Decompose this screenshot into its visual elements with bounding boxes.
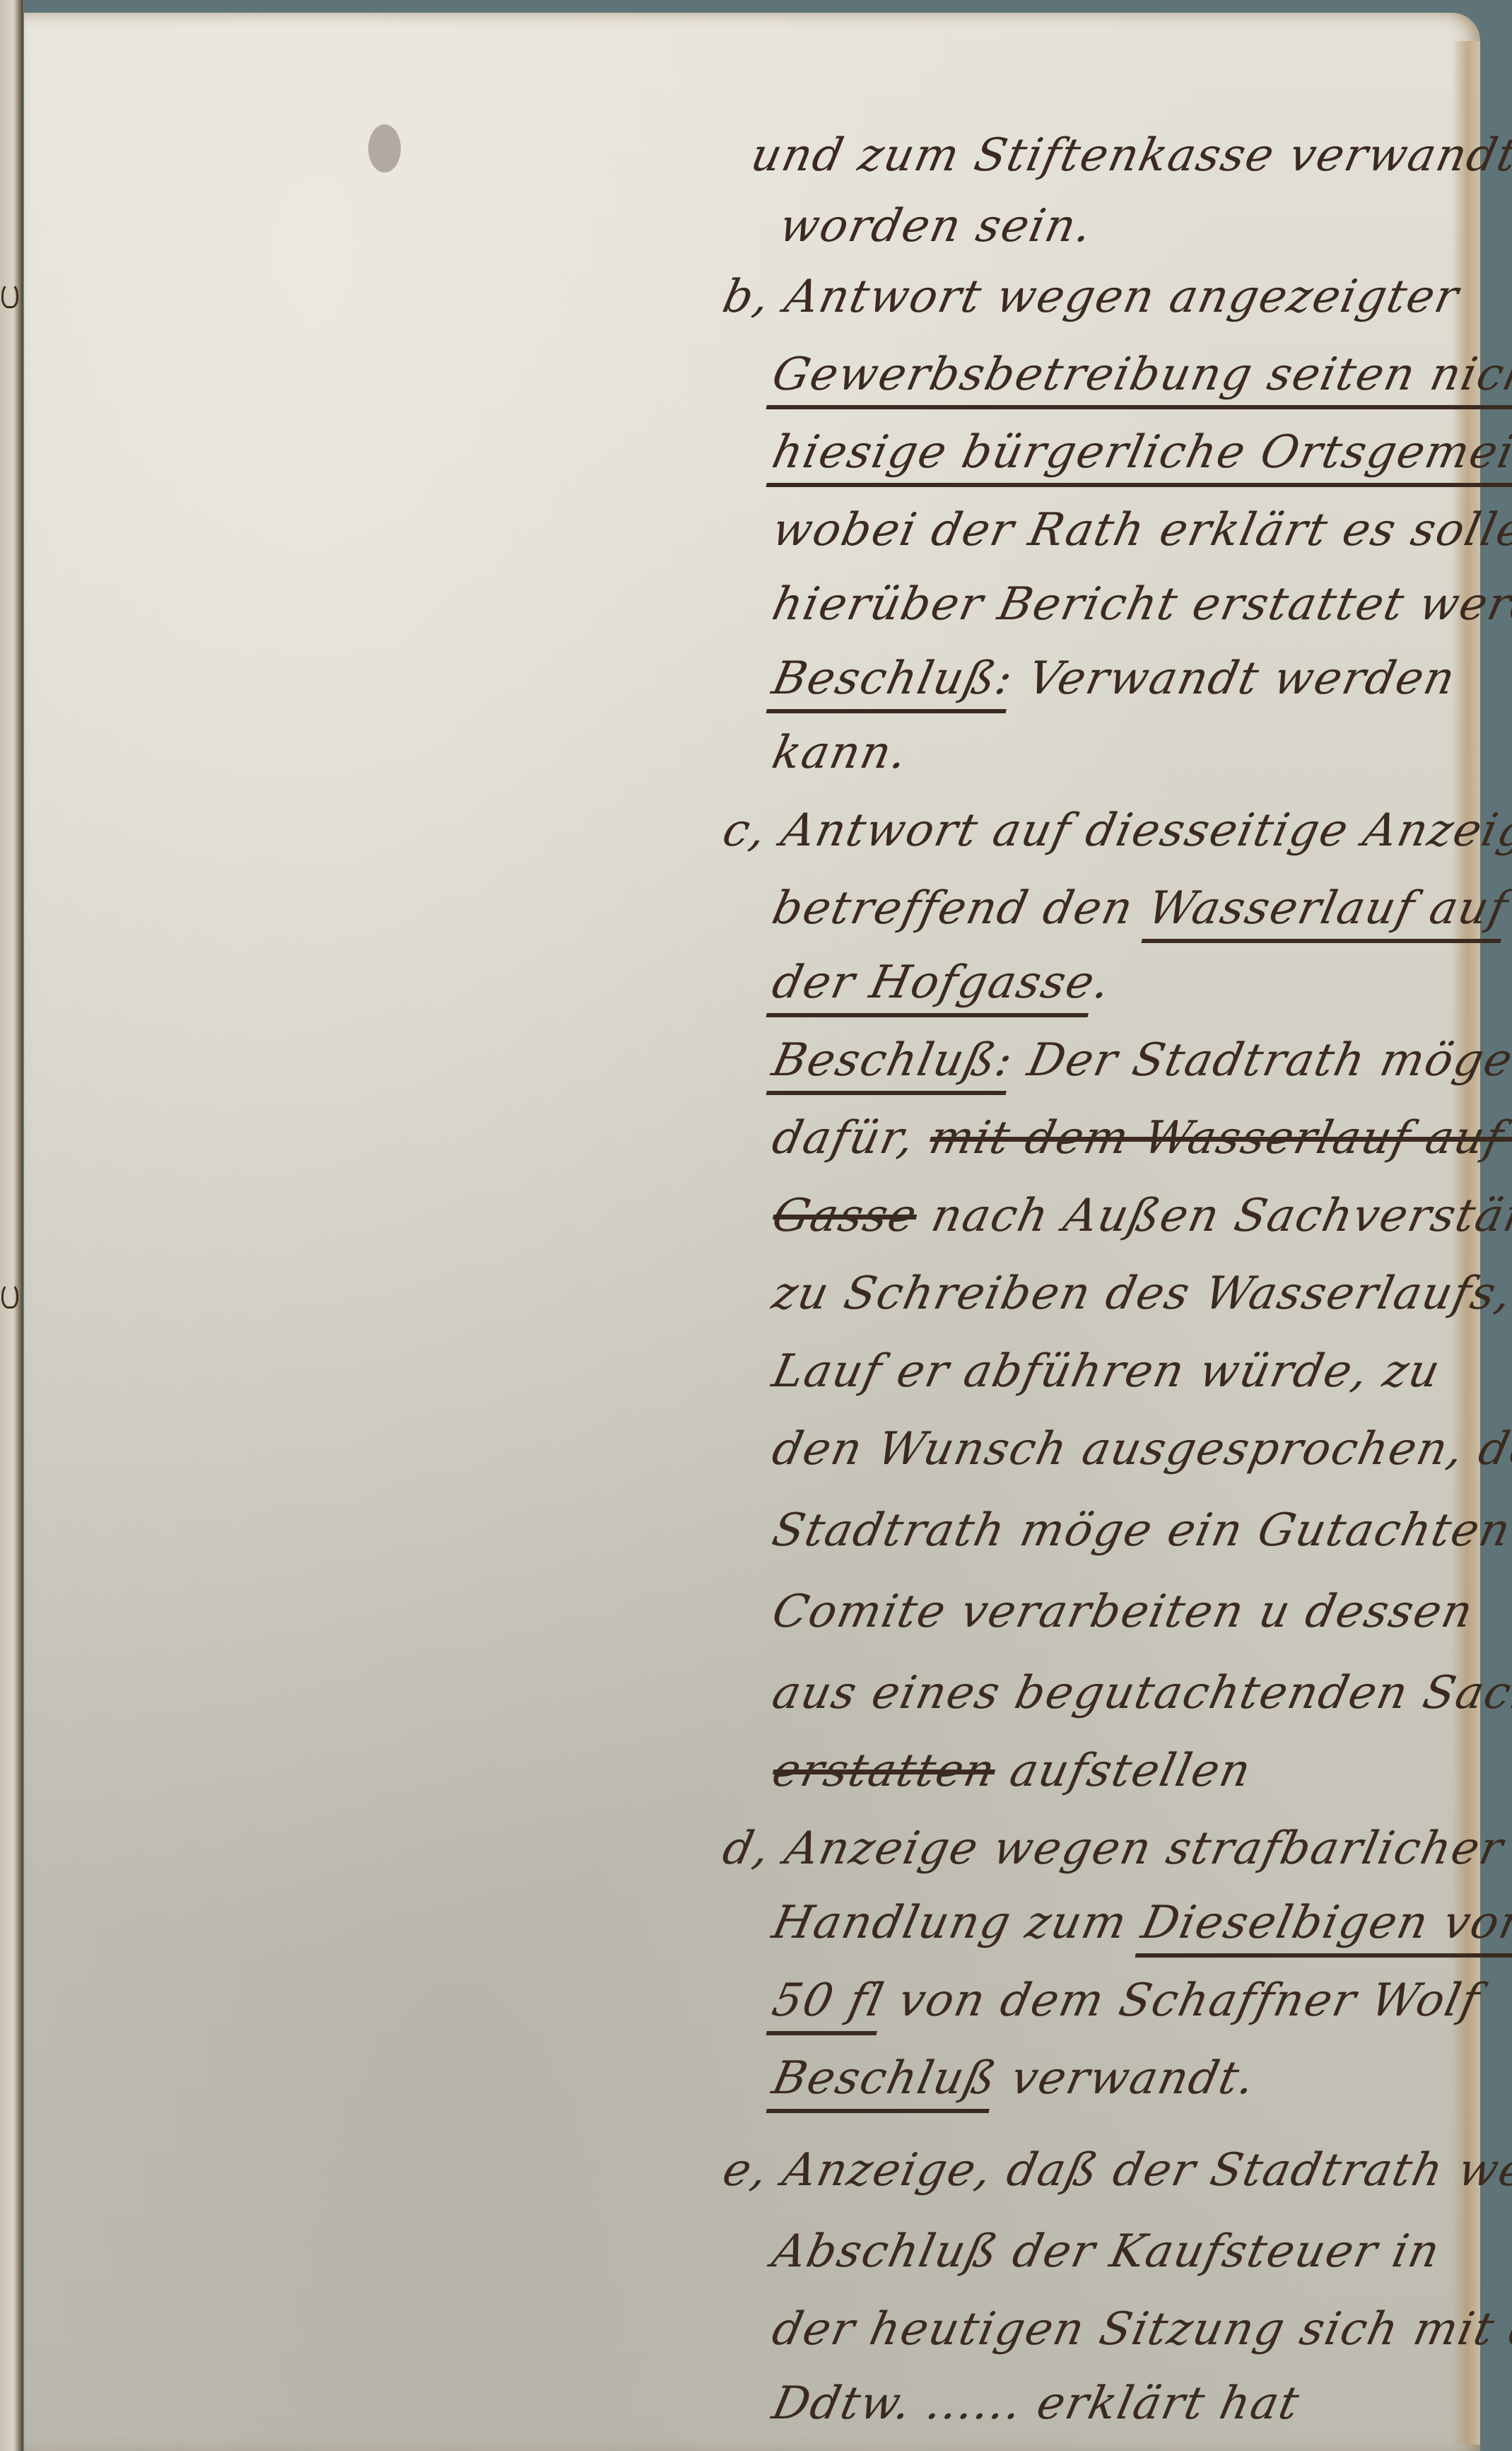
manuscript-page: und zum Stiftenkasse verwandt worden sei… (24, 13, 1480, 2451)
manuscript-line: Gewerbsbetreibung seiten nicht (768, 352, 1512, 397)
manuscript-line: hierüber Bericht erstattet werden (768, 582, 1512, 627)
line-text: hierüber Bericht erstattet werden (768, 578, 1512, 631)
manuscript-line: Stadtrath möge ein Gutachten (768, 1508, 1512, 1553)
manuscript-line: e, Anzeige, daß der Stadtrath wegen (719, 2148, 1512, 2193)
line-text: dafür, (768, 1112, 920, 1164)
manuscript-line: Ddtw. ...... erklärt hat (768, 2381, 1304, 2426)
line-text: wobei der Rath erklärt es solle (768, 504, 1512, 556)
struck-text: erstatten (768, 1745, 1000, 1797)
manuscript-line: aus eines begutachtenden Sachverständige… (768, 1671, 1512, 1716)
item-label: e, (718, 2144, 773, 2196)
line-text: Anzeige, daß der Stadtrath wegen (778, 2144, 1512, 2196)
struck-text: mit dem Wasserlauf auf der (925, 1112, 1512, 1164)
manuscript-line: der Hofgasse. (768, 960, 1115, 1005)
line-text: Abschluß der Kaufsteuer in (768, 2225, 1445, 2278)
line-text: Handlung zum (768, 1897, 1132, 1949)
underlined-text: Gewerbsbetreibung seiten nicht (766, 349, 1512, 409)
manuscript-line: worden sein. (775, 204, 1097, 249)
line-text: betreffend den (768, 882, 1139, 935)
line-text: Verwandt werden (1023, 653, 1460, 705)
manuscript-line: Lauf er abführen würde, zu (768, 1349, 1445, 1394)
manuscript-line: erstatten aufstellen (768, 1748, 1255, 1794)
line-text: nach Außen Sachverständige (927, 1190, 1512, 1242)
manuscript-line: Abschluß der Kaufsteuer in (768, 2229, 1444, 2274)
manuscript-line: den Wunsch ausgesprochen, der (768, 1427, 1512, 1472)
underlined-text: Wasserlauf auf (1142, 882, 1512, 943)
underlined-text: Dieselbigen von (1135, 1897, 1512, 1958)
line-text: Antwort wegen angezeigter (780, 271, 1464, 323)
line-text: Der Stadtrath möge sich (1023, 1034, 1512, 1087)
manuscript-line: der heutigen Sitzung sich mit dem (768, 2307, 1512, 2352)
line-text: von dem Schaffner Wolf (893, 1975, 1484, 2027)
manuscript-line: 50 fl von dem Schaffner Wolf (768, 1978, 1484, 2023)
line-text: Ddtw. ...... erklärt hat (768, 2377, 1305, 2430)
manuscript-line: kann. (768, 730, 912, 776)
manuscript-line: hiesige bürgerliche Ortsgemeinde (768, 430, 1512, 475)
binding-thread-mark (1, 283, 18, 308)
ink-stain (368, 124, 401, 172)
manuscript-line: c, Antwort auf diesseitige Anzeige (719, 808, 1512, 853)
manuscript-line: betreffend den Wasserlauf auf (768, 886, 1512, 931)
line-text: Antwort auf diesseitige Anzeige (777, 805, 1512, 857)
underlined-text: Beschluß (766, 2052, 1002, 2113)
manuscript-line: Comite verarbeiten u dessen (768, 1589, 1477, 1634)
binding-strip (0, 0, 23, 2451)
manuscript-line: Handlung zum Dieselbigen von (768, 1900, 1512, 1946)
line-text: Stadtrath möge ein Gutachten (768, 1504, 1512, 1557)
manuscript-line: Gasse nach Außen Sachverständige (768, 1193, 1512, 1239)
line-text: Lauf er abführen würde, zu (768, 1345, 1446, 1398)
item-label: c, (718, 805, 772, 857)
underlined-text: 50 fl (766, 1975, 889, 2035)
line-text: kann. (768, 727, 913, 779)
manuscript-line: wobei der Rath erklärt es solle (768, 508, 1512, 553)
item-label: b, (718, 271, 775, 323)
manuscript-line: dafür, mit dem Wasserlauf auf der (768, 1116, 1512, 1161)
line-text: der heutigen Sitzung sich mit dem (768, 2303, 1512, 2356)
underlined-text: Beschluß: (766, 1034, 1019, 1095)
line-text: aufstellen (1005, 1745, 1256, 1797)
line-text: Comite verarbeiten u dessen (768, 1586, 1478, 1638)
line-text: aus eines begutachtenden Sachverständige… (768, 1667, 1512, 1719)
item-label: d, (718, 1823, 775, 1875)
line-text: und zum Stiftenkasse verwandt (746, 129, 1512, 182)
manuscript-line: zu Schreiben des Wasserlaufs, dessen (768, 1271, 1512, 1316)
underlined-text: der Hofgasse (766, 957, 1101, 1017)
line-text: worden sein. (775, 200, 1098, 252)
binding-thread-mark (1, 1283, 18, 1309)
line-text: den Wunsch ausgesprochen, der (768, 1423, 1512, 1475)
manuscript-line: d, Anzeige wegen strafbarlicher (719, 1826, 1508, 1871)
line-text: zu Schreiben des Wasserlaufs, dessen (768, 1268, 1512, 1320)
manuscript-line: Beschluß verwandt. (768, 2056, 1260, 2101)
underlined-text: hiesige bürgerliche Ortsgemeinde (766, 426, 1512, 487)
line-text: verwandt. (1007, 2052, 1261, 2105)
underlined-text: Beschluß: (766, 653, 1019, 713)
manuscript-line: und zum Stiftenkasse verwandt (747, 133, 1512, 178)
manuscript-line: Beschluß: Verwandt werden (768, 656, 1460, 701)
line-text: Anzeige wegen strafbarlicher (780, 1823, 1509, 1875)
struck-text: Gasse (768, 1190, 922, 1242)
manuscript-line: b, Antwort wegen angezeigter (719, 274, 1463, 320)
manuscript-line: Beschluß: Der Stadtrath möge sich (768, 1038, 1512, 1083)
